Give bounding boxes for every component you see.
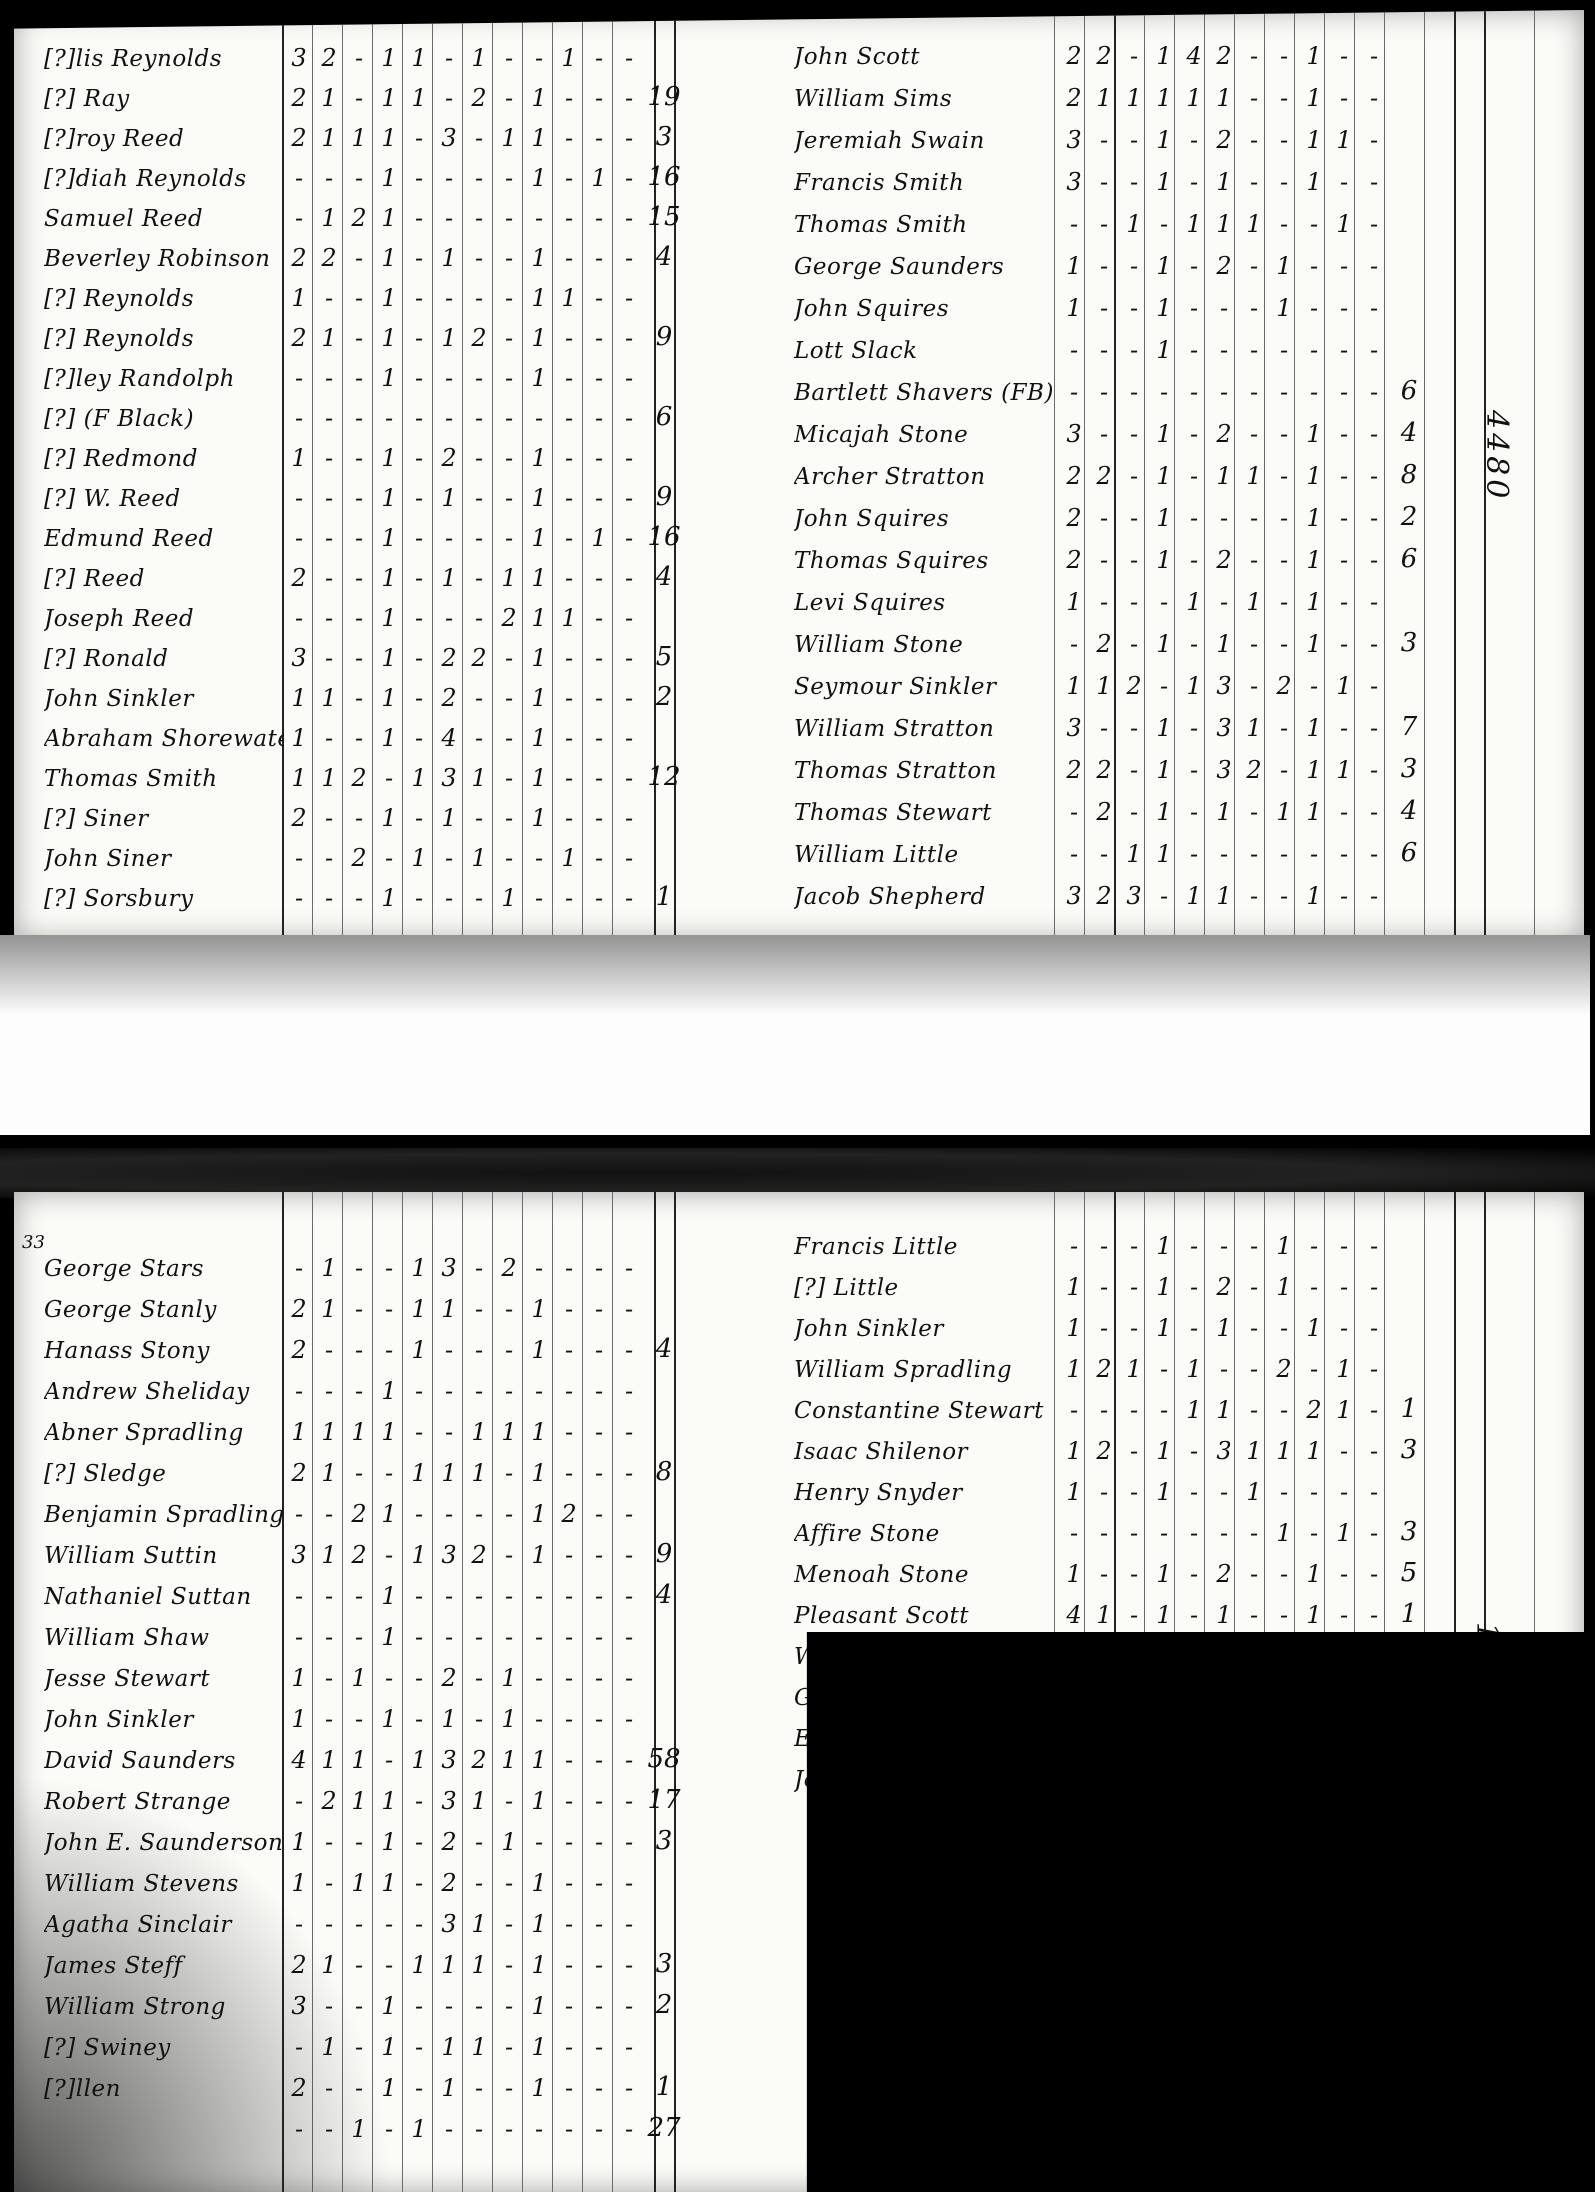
column-rule bbox=[1384, 1192, 1385, 2192]
tally-cell: - bbox=[1359, 1724, 1389, 1752]
tally-cell: - bbox=[284, 844, 314, 872]
tally-cell: - bbox=[1329, 1437, 1359, 1465]
tally-cell: 1 bbox=[524, 84, 554, 112]
tally-cell: - bbox=[584, 44, 614, 72]
tally-cell: - bbox=[614, 1459, 644, 1487]
row-total: 19 bbox=[644, 82, 684, 112]
column-rule bbox=[1354, 1192, 1355, 2192]
tally-cell: - bbox=[284, 204, 314, 232]
tally-cell: 1 bbox=[1179, 672, 1209, 700]
tally-cell: 1 bbox=[524, 1336, 554, 1364]
tally-cell: 1 bbox=[404, 1336, 434, 1364]
tally-cell: 1 bbox=[524, 1787, 554, 1815]
tally-cell: - bbox=[1089, 294, 1119, 322]
tally-cell: - bbox=[494, 1787, 524, 1815]
ledger-row: Joseph Slaughter--11-1--1--30 bbox=[794, 1753, 1429, 1793]
tally-cell: - bbox=[614, 1992, 644, 2020]
tally-cell: - bbox=[464, 364, 494, 392]
tally-cell: - bbox=[284, 1254, 314, 1282]
tally-cell: 1 bbox=[1299, 168, 1329, 196]
tally-cell: - bbox=[1239, 672, 1269, 700]
tally-cell: 1 bbox=[1269, 252, 1299, 280]
tally-cell: 1 bbox=[524, 1992, 554, 2020]
tally-cell: - bbox=[614, 524, 644, 552]
column-rule bbox=[1174, 1192, 1175, 2192]
tally-cell: - bbox=[584, 2115, 614, 2143]
tally-cell: - bbox=[464, 1582, 494, 1610]
ledger-row: Andrew Sheliday---1-------- bbox=[44, 1365, 684, 1405]
tally-cell: - bbox=[1299, 1642, 1329, 1670]
row-total: 4 bbox=[644, 562, 684, 592]
tally-cell: - bbox=[1059, 1765, 1089, 1793]
tally-cell: - bbox=[1119, 378, 1149, 406]
tally-cells: 41-1-1--1-- bbox=[1059, 1601, 1389, 1629]
household-name: William Little bbox=[794, 842, 1059, 868]
tally-cell: - bbox=[1149, 882, 1179, 910]
row-total: 8 bbox=[1389, 460, 1429, 490]
tally-cell: - bbox=[1179, 1519, 1209, 1547]
tally-cell: 2 bbox=[284, 324, 314, 352]
blank-band bbox=[0, 935, 1590, 1135]
tally-cell: 2 bbox=[434, 684, 464, 712]
tally-cell: - bbox=[554, 124, 584, 152]
ledger-row: Archer Stratton22-1-11-1--8 bbox=[794, 450, 1429, 490]
tally-cell: - bbox=[1059, 1642, 1089, 1670]
tally-cell: 1 bbox=[374, 1418, 404, 1446]
tally-cells: 1111--111--- bbox=[284, 1418, 644, 1446]
tally-cell: - bbox=[1059, 798, 1089, 826]
tally-cell: 1 bbox=[524, 1910, 554, 1938]
tally-cell: 1 bbox=[1089, 84, 1119, 112]
tally-cell: - bbox=[1269, 420, 1299, 448]
tally-cell: - bbox=[1239, 546, 1269, 574]
tally-cell: 1 bbox=[1149, 420, 1179, 448]
tally-cell: 1 bbox=[524, 244, 554, 272]
row-total: 16 bbox=[644, 522, 684, 552]
tally-cell: 2 bbox=[284, 804, 314, 832]
tally-cell: 1 bbox=[1269, 1232, 1299, 1260]
ledger-row: [?] Ray21-11-2-1---19 bbox=[44, 72, 684, 112]
tally-cell: 1 bbox=[1329, 756, 1359, 784]
tally-cell: - bbox=[344, 564, 374, 592]
household-name: George Stover bbox=[794, 1685, 1059, 1711]
tally-cell: - bbox=[1059, 1519, 1089, 1547]
tally-cell: - bbox=[344, 604, 374, 632]
ledger-row: William Stone-2-1-1--1--3 bbox=[794, 618, 1429, 658]
tally-cell: - bbox=[1239, 1724, 1269, 1752]
tally-cell: - bbox=[1329, 630, 1359, 658]
tally-cell: - bbox=[1329, 798, 1359, 826]
tally-cells: 112-131-1--- bbox=[284, 764, 644, 792]
tally-cell: - bbox=[584, 1459, 614, 1487]
tally-cell: - bbox=[494, 484, 524, 512]
tally-cell: 1 bbox=[404, 1951, 434, 1979]
tally-cell: 1 bbox=[524, 724, 554, 752]
tally-cell: - bbox=[284, 524, 314, 552]
tally-cell: 1 bbox=[494, 1746, 524, 1774]
tally-cell: - bbox=[1149, 1519, 1179, 1547]
tally-cell: - bbox=[404, 404, 434, 432]
row-total: 16 bbox=[644, 162, 684, 192]
tally-cell: 1 bbox=[1209, 84, 1239, 112]
household-name: Francis Smith bbox=[794, 170, 1059, 196]
tally-cell: - bbox=[1329, 420, 1359, 448]
tally-cell: - bbox=[464, 1869, 494, 1897]
tally-cell: - bbox=[314, 1500, 344, 1528]
tally-cell: - bbox=[554, 1582, 584, 1610]
tally-cell: - bbox=[1059, 630, 1089, 658]
tally-cell: 1 bbox=[1179, 1396, 1209, 1424]
tally-cell: - bbox=[494, 324, 524, 352]
tally-cell: 1 bbox=[524, 1418, 554, 1446]
tally-cell: 1 bbox=[374, 444, 404, 472]
tally-cell: - bbox=[404, 444, 434, 472]
tally-cell: 1 bbox=[374, 2074, 404, 2102]
tally-cell: - bbox=[1119, 1314, 1149, 1342]
tally-cell: - bbox=[404, 484, 434, 512]
tally-cell: 1 bbox=[1149, 294, 1179, 322]
tally-cells: 312-132-1--- bbox=[284, 1541, 644, 1569]
tally-cells: ---1---211-- bbox=[284, 604, 644, 632]
tally-cell: - bbox=[524, 1623, 554, 1651]
tally-cell: - bbox=[1179, 336, 1209, 364]
tally-cell: - bbox=[1299, 210, 1329, 238]
tally-cell: 2 bbox=[1239, 1683, 1269, 1711]
tally-cell: 1 bbox=[1299, 1683, 1329, 1711]
tally-cell: - bbox=[1119, 1642, 1149, 1670]
tally-cell: - bbox=[1089, 1683, 1119, 1711]
ledger-row: William Strong3--1----1---2 bbox=[44, 1980, 684, 2020]
tally-cell: - bbox=[554, 1992, 584, 2020]
tally-cell: - bbox=[1119, 630, 1149, 658]
tally-cell: - bbox=[494, 1623, 524, 1651]
tally-cell: - bbox=[404, 2074, 434, 2102]
household-name: Lott Slack bbox=[794, 338, 1059, 364]
tally-cell: - bbox=[1359, 84, 1389, 112]
tally-cell: - bbox=[1209, 1478, 1239, 1506]
row-total: 4 bbox=[644, 1580, 684, 1610]
tally-cell: - bbox=[1329, 882, 1359, 910]
tally-cell: 1 bbox=[1119, 84, 1149, 112]
tally-cells: --1-111--1- bbox=[1059, 210, 1389, 238]
ledger-row: --1-1-------27 bbox=[44, 2103, 684, 2143]
tally-cell: - bbox=[1239, 1642, 1269, 1670]
tally-cell: - bbox=[464, 284, 494, 312]
ledger-row: Thomas Stewart-2-1-1-11--4 bbox=[794, 786, 1429, 826]
tally-cell: 1 bbox=[1149, 126, 1179, 154]
row-total: 5 bbox=[1389, 1558, 1429, 1588]
tally-cell: - bbox=[464, 444, 494, 472]
tally-cell: 1 bbox=[1239, 462, 1269, 490]
tally-cells: 2--1-1--1--- bbox=[284, 2074, 644, 2102]
tally-cells: 1--1-2-1---- bbox=[284, 1828, 644, 1856]
ledger-row: [?] Sorsbury---1---1----1 bbox=[44, 872, 684, 912]
tally-cell: - bbox=[584, 1254, 614, 1282]
tally-cell: - bbox=[494, 244, 524, 272]
tally-cell: 1 bbox=[524, 644, 554, 672]
tally-cell: - bbox=[434, 284, 464, 312]
tally-cell: 1 bbox=[1149, 252, 1179, 280]
row-total: 4 bbox=[644, 1334, 684, 1364]
tally-cell: 2 bbox=[1269, 672, 1299, 700]
smear bbox=[0, 935, 1590, 1015]
ledger-row: William Spradling121-1--2-1- bbox=[794, 1343, 1429, 1383]
tally-cell: - bbox=[1329, 378, 1359, 406]
tally-cell: 2 bbox=[314, 44, 344, 72]
tally-cell: - bbox=[494, 404, 524, 432]
tally-cell: - bbox=[374, 404, 404, 432]
tally-cell: 1 bbox=[1269, 1437, 1299, 1465]
tally-cell: - bbox=[1269, 546, 1299, 574]
tally-cell: - bbox=[554, 1746, 584, 1774]
tally-cell: - bbox=[344, 2074, 374, 2102]
tally-cell: - bbox=[584, 804, 614, 832]
tally-cell: 1 bbox=[284, 1705, 314, 1733]
tally-cell: 1 bbox=[434, 244, 464, 272]
tally-cell: 1 bbox=[524, 444, 554, 472]
tally-cell: - bbox=[584, 684, 614, 712]
tally-cells: ---1-------- bbox=[284, 1582, 644, 1610]
tally-cell: 4 bbox=[1179, 42, 1209, 70]
tally-cell: - bbox=[1329, 1724, 1359, 1752]
tally-cell: 1 bbox=[374, 164, 404, 192]
tally-cell: - bbox=[344, 1582, 374, 1610]
row-total: 2 bbox=[644, 1990, 684, 2020]
tally-cell: - bbox=[404, 1377, 434, 1405]
ledger-row: Hanass Stony2---1---1---4 bbox=[44, 1324, 684, 1364]
tally-cell: - bbox=[404, 1705, 434, 1733]
tally-cells: 21-11-2-1--- bbox=[284, 84, 644, 112]
tally-cell: 1 bbox=[494, 564, 524, 592]
tally-cell: 1 bbox=[1239, 210, 1269, 238]
tally-cell: - bbox=[1179, 1478, 1209, 1506]
tally-cell: 1 bbox=[374, 1582, 404, 1610]
tally-cell: - bbox=[1059, 840, 1089, 868]
tally-cell: 1 bbox=[1059, 1273, 1089, 1301]
tally-cell: 2 bbox=[1119, 1724, 1149, 1752]
household-name: [?] Sledge bbox=[44, 1461, 284, 1487]
tally-cell: - bbox=[1359, 126, 1389, 154]
tally-cell: 1 bbox=[284, 1664, 314, 1692]
tally-cell: - bbox=[404, 804, 434, 832]
tally-cell: 1 bbox=[1299, 504, 1329, 532]
tally-cell: 1 bbox=[404, 764, 434, 792]
tally-cell: 1 bbox=[1059, 1314, 1089, 1342]
tally-cell: - bbox=[1269, 1314, 1299, 1342]
tally-cell: - bbox=[614, 2033, 644, 2061]
tally-cell: - bbox=[1119, 756, 1149, 784]
tally-cells: -1-1-11-1--- bbox=[284, 2033, 644, 2061]
margin-stamp: 4480 bbox=[1479, 410, 1514, 502]
tally-cell: - bbox=[464, 164, 494, 192]
ledger-row: [?] Redmond1--1-2--1--- bbox=[44, 432, 684, 472]
tally-cell: - bbox=[1239, 1560, 1269, 1588]
tally-cell: - bbox=[1179, 1601, 1209, 1629]
household-name: Micajah Stone bbox=[794, 422, 1059, 448]
tally-cell: - bbox=[554, 444, 584, 472]
tally-cell: 1 bbox=[404, 84, 434, 112]
household-name: Joseph Reed bbox=[44, 606, 284, 632]
tally-cell: 1 bbox=[374, 484, 404, 512]
tally-cell: - bbox=[554, 764, 584, 792]
column-rule bbox=[1424, 1192, 1425, 2192]
tally-cell: - bbox=[554, 2115, 584, 2143]
tally-cell: 2 bbox=[494, 604, 524, 632]
tally-cell: 1 bbox=[494, 124, 524, 152]
tally-cell: - bbox=[554, 1910, 584, 1938]
tally-cell: - bbox=[584, 1746, 614, 1774]
tally-cell: - bbox=[1179, 126, 1209, 154]
tally-cell: 1 bbox=[1269, 294, 1299, 322]
tally-cell: - bbox=[284, 484, 314, 512]
tally-cell: - bbox=[1359, 630, 1389, 658]
tally-cell: - bbox=[1149, 378, 1179, 406]
tally-cell: - bbox=[584, 1951, 614, 1979]
tally-cell: - bbox=[1179, 756, 1209, 784]
tally-cell: 1 bbox=[344, 124, 374, 152]
tally-cell: - bbox=[434, 1500, 464, 1528]
tally-cell: - bbox=[1119, 462, 1149, 490]
row-total: 15 bbox=[644, 202, 684, 232]
tally-cell: - bbox=[584, 84, 614, 112]
tally-cell: 1 bbox=[1149, 1273, 1179, 1301]
tally-cell: - bbox=[614, 1500, 644, 1528]
row-total: 6 bbox=[1389, 544, 1429, 574]
tally-cell: 1 bbox=[1149, 168, 1179, 196]
tally-cell: - bbox=[1359, 1683, 1389, 1711]
tally-cell: 1 bbox=[1299, 756, 1329, 784]
tally-cell: - bbox=[584, 324, 614, 352]
ledger-row: Seymour Sinkler112-13-2-1- bbox=[794, 660, 1429, 700]
tally-cell: - bbox=[524, 1254, 554, 1282]
tally-cell: 1 bbox=[584, 524, 614, 552]
tally-cell: - bbox=[1179, 462, 1209, 490]
tally-cell: - bbox=[404, 1869, 434, 1897]
tally-cell: - bbox=[554, 724, 584, 752]
top-ledger-sheet: [?]lis Reynolds32-11-1--1--[?] Ray21-11-… bbox=[14, 10, 1584, 940]
tally-cell: 3 bbox=[434, 764, 464, 792]
row-total: 6 bbox=[1389, 838, 1429, 868]
household-name: William Stratton bbox=[794, 716, 1059, 742]
household-name: Hanass Stony bbox=[44, 1338, 284, 1364]
ledger-row: Nathaniel Suttan---1--------4 bbox=[44, 1570, 684, 1610]
tally-cell: - bbox=[554, 644, 584, 672]
tally-cell: - bbox=[1329, 1601, 1359, 1629]
tally-cells: 21--111-1--- bbox=[284, 1459, 644, 1487]
tally-cell: - bbox=[494, 1582, 524, 1610]
ledger-row: [?] Reynolds21-1-12-1---9 bbox=[44, 312, 684, 352]
tally-cell: - bbox=[494, 1910, 524, 1938]
ledger-row: William Stevens1-11-2--1--- bbox=[44, 1857, 684, 1897]
tally-cell: - bbox=[614, 1787, 644, 1815]
household-name: Abraham Shorewater bbox=[44, 726, 284, 752]
tally-cell: - bbox=[464, 1295, 494, 1323]
tally-cell: 1 bbox=[1209, 462, 1239, 490]
tally-cell: - bbox=[464, 564, 494, 592]
tally-cell: - bbox=[1359, 882, 1389, 910]
tally-cell: 1 bbox=[344, 1664, 374, 1692]
tally-cell: 1 bbox=[404, 44, 434, 72]
tally-cell: 2 bbox=[1089, 462, 1119, 490]
tally-cell: - bbox=[614, 724, 644, 752]
tally-cell: 1 bbox=[524, 1869, 554, 1897]
tally-cell: 3 bbox=[1059, 420, 1089, 448]
tally-cells: ---1------- bbox=[1059, 336, 1389, 364]
tally-cells: 1--1-2-1--- bbox=[1059, 1273, 1389, 1301]
tally-cell: - bbox=[494, 1992, 524, 2020]
tally-cell: - bbox=[524, 404, 554, 432]
tally-cell: - bbox=[374, 844, 404, 872]
tally-cell: - bbox=[1329, 546, 1359, 574]
tally-cell: 1 bbox=[1119, 1765, 1149, 1793]
tally-cells: 323-11--1-- bbox=[1059, 882, 1389, 910]
tally-cell: 1 bbox=[1059, 672, 1089, 700]
tally-cell: - bbox=[1329, 42, 1359, 70]
tally-cells: --21----12-- bbox=[284, 1500, 644, 1528]
tally-cell: 1 bbox=[1299, 420, 1329, 448]
row-total: 3 bbox=[644, 122, 684, 152]
household-name: Archer Stratton bbox=[794, 464, 1059, 490]
tally-cell: - bbox=[434, 604, 464, 632]
tally-cells: 1-11-2--1--- bbox=[284, 1869, 644, 1897]
tally-cell: - bbox=[404, 604, 434, 632]
tally-cell: 1 bbox=[284, 444, 314, 472]
tally-cell: - bbox=[494, 2115, 524, 2143]
ledger-row: George Stover3---12211-- bbox=[794, 1671, 1429, 1711]
tally-cell: 1 bbox=[434, 804, 464, 832]
tally-cell: 3 bbox=[434, 1254, 464, 1282]
tally-cell: - bbox=[584, 284, 614, 312]
tally-cell: - bbox=[404, 1418, 434, 1446]
household-name: [?] Siner bbox=[44, 806, 284, 832]
tally-cell: - bbox=[1089, 168, 1119, 196]
tally-cell: - bbox=[1089, 1478, 1119, 1506]
tally-cell: - bbox=[554, 1623, 584, 1651]
tally-cell: 1 bbox=[1239, 714, 1269, 742]
tally-cell: 1 bbox=[1119, 840, 1149, 868]
ledger-row: John E. Saunderson1--1-2-1----3 bbox=[44, 1816, 684, 1856]
tally-cell: - bbox=[1359, 1765, 1389, 1793]
tally-cell: - bbox=[404, 1623, 434, 1651]
tally-cell: 1 bbox=[1149, 84, 1179, 112]
tally-cell: - bbox=[1119, 126, 1149, 154]
tally-cell: - bbox=[1329, 84, 1359, 112]
tally-cell: - bbox=[1179, 1724, 1209, 1752]
tally-cell: - bbox=[1359, 420, 1389, 448]
ledger-row: William Stratton3--1-31-1--7 bbox=[794, 702, 1429, 742]
tally-cells: 1---1-1-1-- bbox=[1059, 588, 1389, 616]
tally-cell: - bbox=[404, 284, 434, 312]
tally-cell: - bbox=[1239, 1396, 1269, 1424]
tally-cell: - bbox=[434, 1418, 464, 1446]
tally-cell: - bbox=[614, 1746, 644, 1774]
household-name: Thomas Smith bbox=[44, 766, 284, 792]
tally-cell: - bbox=[404, 1828, 434, 1856]
row-total: 17 bbox=[644, 1785, 684, 1815]
tally-cell: - bbox=[1269, 1601, 1299, 1629]
tally-cell: - bbox=[1359, 168, 1389, 196]
tally-cell: 1 bbox=[284, 284, 314, 312]
household-name: Thomas Smith bbox=[794, 212, 1059, 238]
tally-cell: - bbox=[434, 884, 464, 912]
tally-cell: 3 bbox=[434, 1541, 464, 1569]
tally-cells: 1--1-4--1--- bbox=[284, 724, 644, 752]
tally-cell: - bbox=[1179, 1560, 1209, 1588]
tally-cells: 2--1-2--1-- bbox=[1059, 546, 1389, 574]
tally-cell: - bbox=[284, 1623, 314, 1651]
ledger-row: Abner Spradling1111--111--- bbox=[44, 1406, 684, 1446]
tally-cell: - bbox=[1119, 798, 1149, 826]
